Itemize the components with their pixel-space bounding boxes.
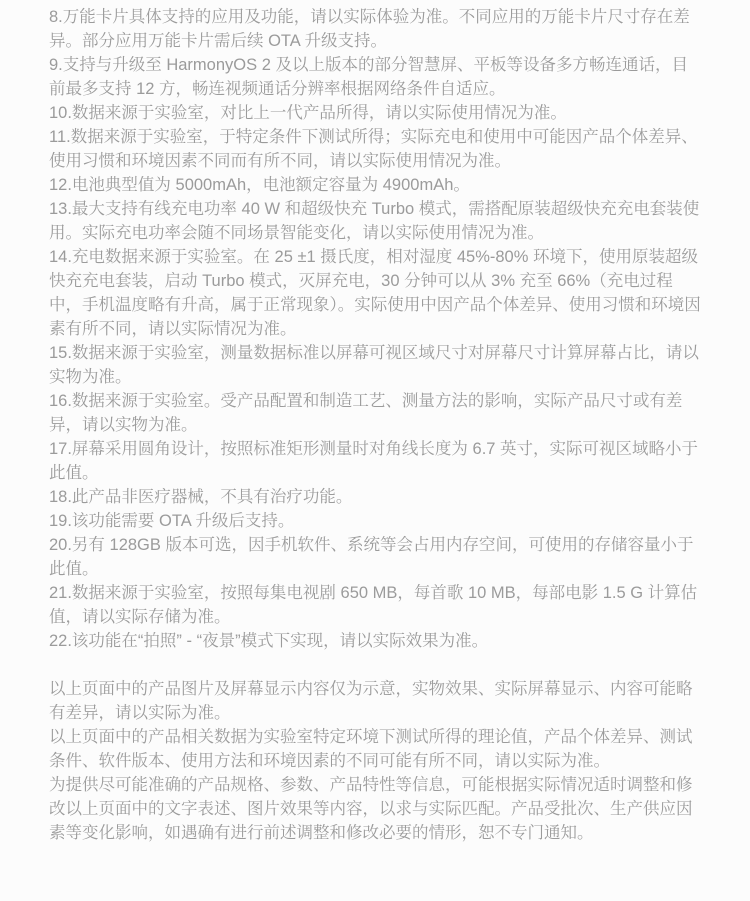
- footnote-15: 15.数据来源于实验室，测量数据标准以屏幕可视区域尺寸对屏幕尺寸计算屏幕占比，请…: [49, 341, 701, 389]
- footnote-22: 22.该功能在“拍照” - “夜景”模式下实现，请以实际效果为准。: [49, 629, 701, 653]
- footnote-21: 21.数据来源于实验室，按照每集电视剧 650 MB，每首歌 10 MB，每部电…: [49, 581, 701, 629]
- disclaimer-paragraph-2: 以上页面中的产品相关数据为实验室特定环境下测试所得的理论值，产品个体差异、测试条…: [49, 725, 701, 773]
- footnote-16: 16.数据来源于实验室。受产品配置和制造工艺、测量方法的影响，实际产品尺寸或有差…: [49, 389, 701, 437]
- disclaimer-paragraph-3: 为提供尽可能准确的产品规格、参数、产品特性等信息，可能根据实际情况适时调整和修改…: [49, 773, 701, 845]
- footnote-13: 13.最大支持有线充电功率 40 W 和超级快充 Turbo 模式，需搭配原装超…: [49, 197, 701, 245]
- footnote-17: 17.屏幕采用圆角设计，按照标准矩形测量时对角线长度为 6.7 英寸，实际可视区…: [49, 437, 701, 485]
- disclaimer-paragraph-1: 以上页面中的产品图片及屏幕显示内容仅为示意，实物效果、实际屏幕显示、内容可能略有…: [49, 677, 701, 725]
- footnote-8: 8.万能卡片具体支持的应用及功能，请以实际体验为准。不同应用的万能卡片尺寸存在差…: [49, 5, 701, 53]
- footnote-9: 9.支持与升级至 HarmonyOS 2 及以上版本的部分智慧屏、平板等设备多方…: [49, 53, 701, 101]
- footnote-list: 8.万能卡片具体支持的应用及功能，请以实际体验为准。不同应用的万能卡片尺寸存在差…: [49, 5, 701, 653]
- footnote-18: 18.此产品非医疗器械，不具有治疗功能。: [49, 485, 701, 509]
- footnote-11: 11.数据来源于实验室，于特定条件下测试所得；实际充电和使用中可能因产品个体差异…: [49, 125, 701, 173]
- disclaimer-page: 8.万能卡片具体支持的应用及功能，请以实际体验为准。不同应用的万能卡片尺寸存在差…: [0, 0, 750, 901]
- footnote-10: 10.数据来源于实验室，对比上一代产品所得，请以实际使用情况为准。: [49, 101, 701, 125]
- footnote-14: 14.充电数据来源于实验室。在 25 ±1 摄氏度，相对湿度 45%-80% 环…: [49, 245, 701, 341]
- general-disclaimer-block: 以上页面中的产品图片及屏幕显示内容仅为示意，实物效果、实际屏幕显示、内容可能略有…: [49, 677, 701, 845]
- footnote-20: 20.另有 128GB 版本可选，因手机软件、系统等会占用内存空间，可使用的存储…: [49, 533, 701, 581]
- footnote-12: 12.电池典型值为 5000mAh，电池额定容量为 4900mAh。: [49, 173, 701, 197]
- footnote-19: 19.该功能需要 OTA 升级后支持。: [49, 509, 701, 533]
